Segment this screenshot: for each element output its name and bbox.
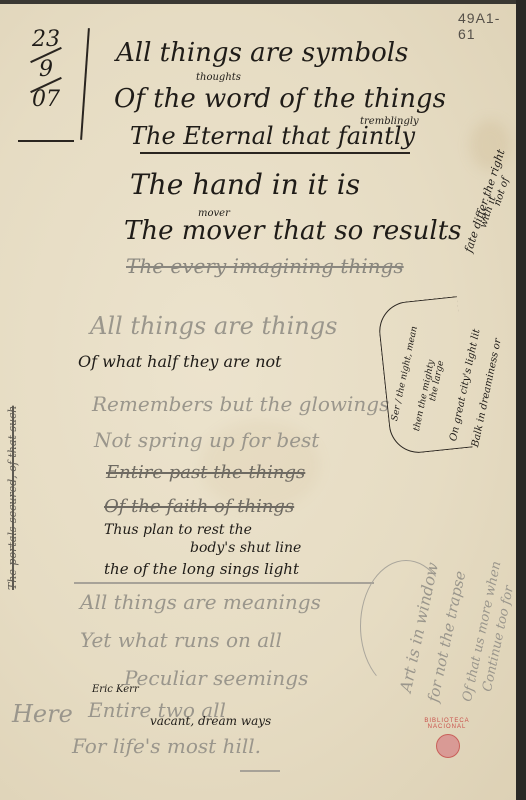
ink-line-5: The mover that so results <box>124 216 462 246</box>
pencil-line-2: Of what half they are not <box>78 352 282 371</box>
ink-line-6-struck: The every imagining things <box>126 254 404 278</box>
ink-line-2-insert: thoughts <box>196 72 241 83</box>
pencil-line-12: Peculiar seemings <box>124 666 308 690</box>
manuscript-page: 49A1-61 23 9 07 All things are symbols t… <box>0 0 516 800</box>
stamp-seal-icon <box>436 734 460 758</box>
pencil-line-15: For life's most hill. <box>72 734 261 758</box>
shelfmark: 49A1-61 <box>458 10 516 42</box>
pencil-line-8: body's shut line <box>190 540 301 556</box>
ink-line-4: The hand in it is <box>130 168 360 201</box>
left-margin-note: The portals secured, of that such <box>6 406 19 590</box>
ink-line-1: All things are symbols <box>116 38 408 68</box>
pencil-end-mark <box>240 770 280 772</box>
pencil-line-10: All things are meanings <box>80 590 321 614</box>
left-bottom-note: Here <box>12 700 73 728</box>
ink-line-3: The Eternal that faintly <box>130 122 415 150</box>
stamp-text: BIBLIOTECA NACIONAL <box>418 718 476 730</box>
pencil-line-14: vacant, dream ways <box>150 714 271 728</box>
pencil-line-9: the of the long sings light <box>104 560 299 578</box>
scan-edge-top <box>0 0 526 4</box>
pencil-line-7: Thus plan to rest the <box>104 522 252 538</box>
ink-rule <box>140 152 410 154</box>
pencil-line-4: Not spring up for best <box>94 428 319 452</box>
date-year: 07 <box>22 88 70 112</box>
pencil-line-11: Yet what runs on all <box>80 628 282 652</box>
pencil-line-13-insert: Eric Kerr <box>92 684 139 695</box>
date-divider <box>80 28 90 140</box>
date-month: 9 <box>22 58 70 82</box>
library-stamp: BIBLIOTECA NACIONAL <box>418 718 476 764</box>
pencil-rule <box>74 582 374 584</box>
ink-line-2: Of the word of the things <box>114 84 446 114</box>
pencil-line-1: All things are things <box>90 312 337 340</box>
pencil-line-3: Remembers but the glowings <box>92 392 389 416</box>
pencil-line-6: Of the faith of things <box>104 496 294 517</box>
scan-edge-right <box>516 0 526 800</box>
pencil-line-5: Entire past the things <box>106 462 305 483</box>
date-day: 23 <box>22 28 70 52</box>
date-block: 23 9 07 <box>22 28 70 112</box>
date-underline <box>18 140 74 142</box>
